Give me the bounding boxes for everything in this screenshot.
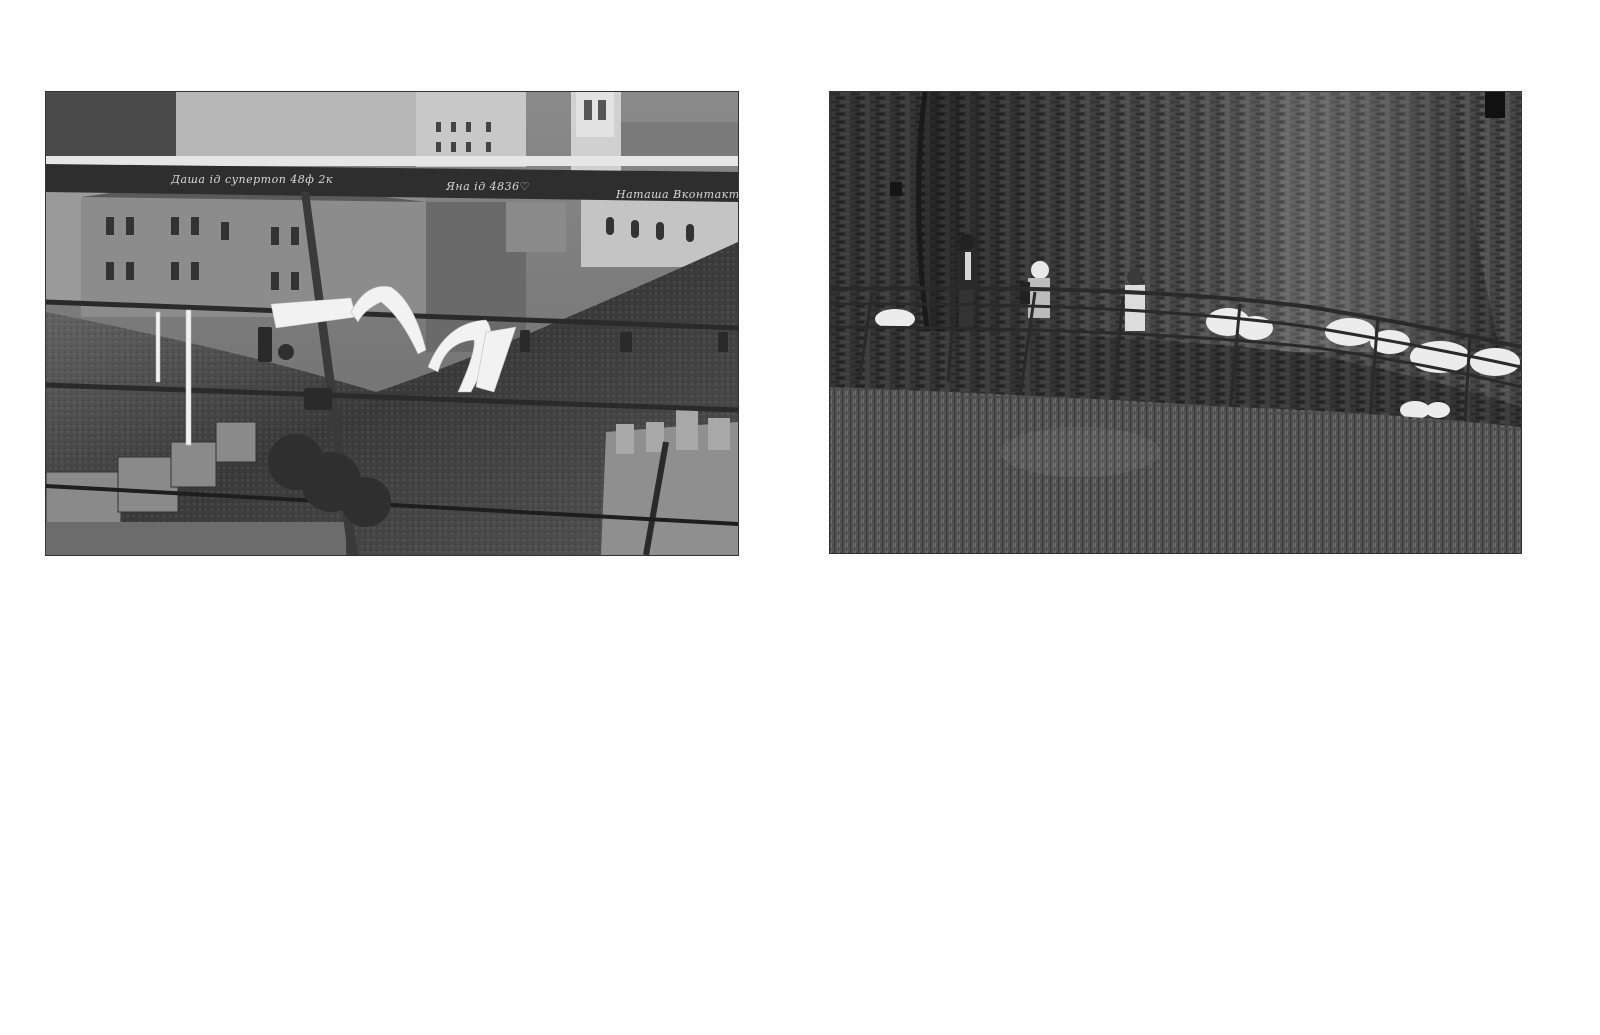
graffiti-3: Наташа Вконтакте: [615, 188, 738, 201]
photo-right-brick-tower: [830, 92, 1521, 553]
photo-left-railing-ribbons: Даша iд супертоп 48ф 2к Яна iд 4836♡ Нат…: [46, 92, 738, 555]
graffiti-2: Яна iд 4836♡: [445, 180, 530, 193]
graffiti-1: Даша iд супертоп 48ф 2к: [170, 173, 333, 186]
person-3: [1125, 269, 1145, 331]
photo-left-illustration: Даша iд супертоп 48ф 2к Яна iд 4836♡ Нат…: [46, 92, 738, 555]
photo-right-illustration: [830, 92, 1521, 553]
